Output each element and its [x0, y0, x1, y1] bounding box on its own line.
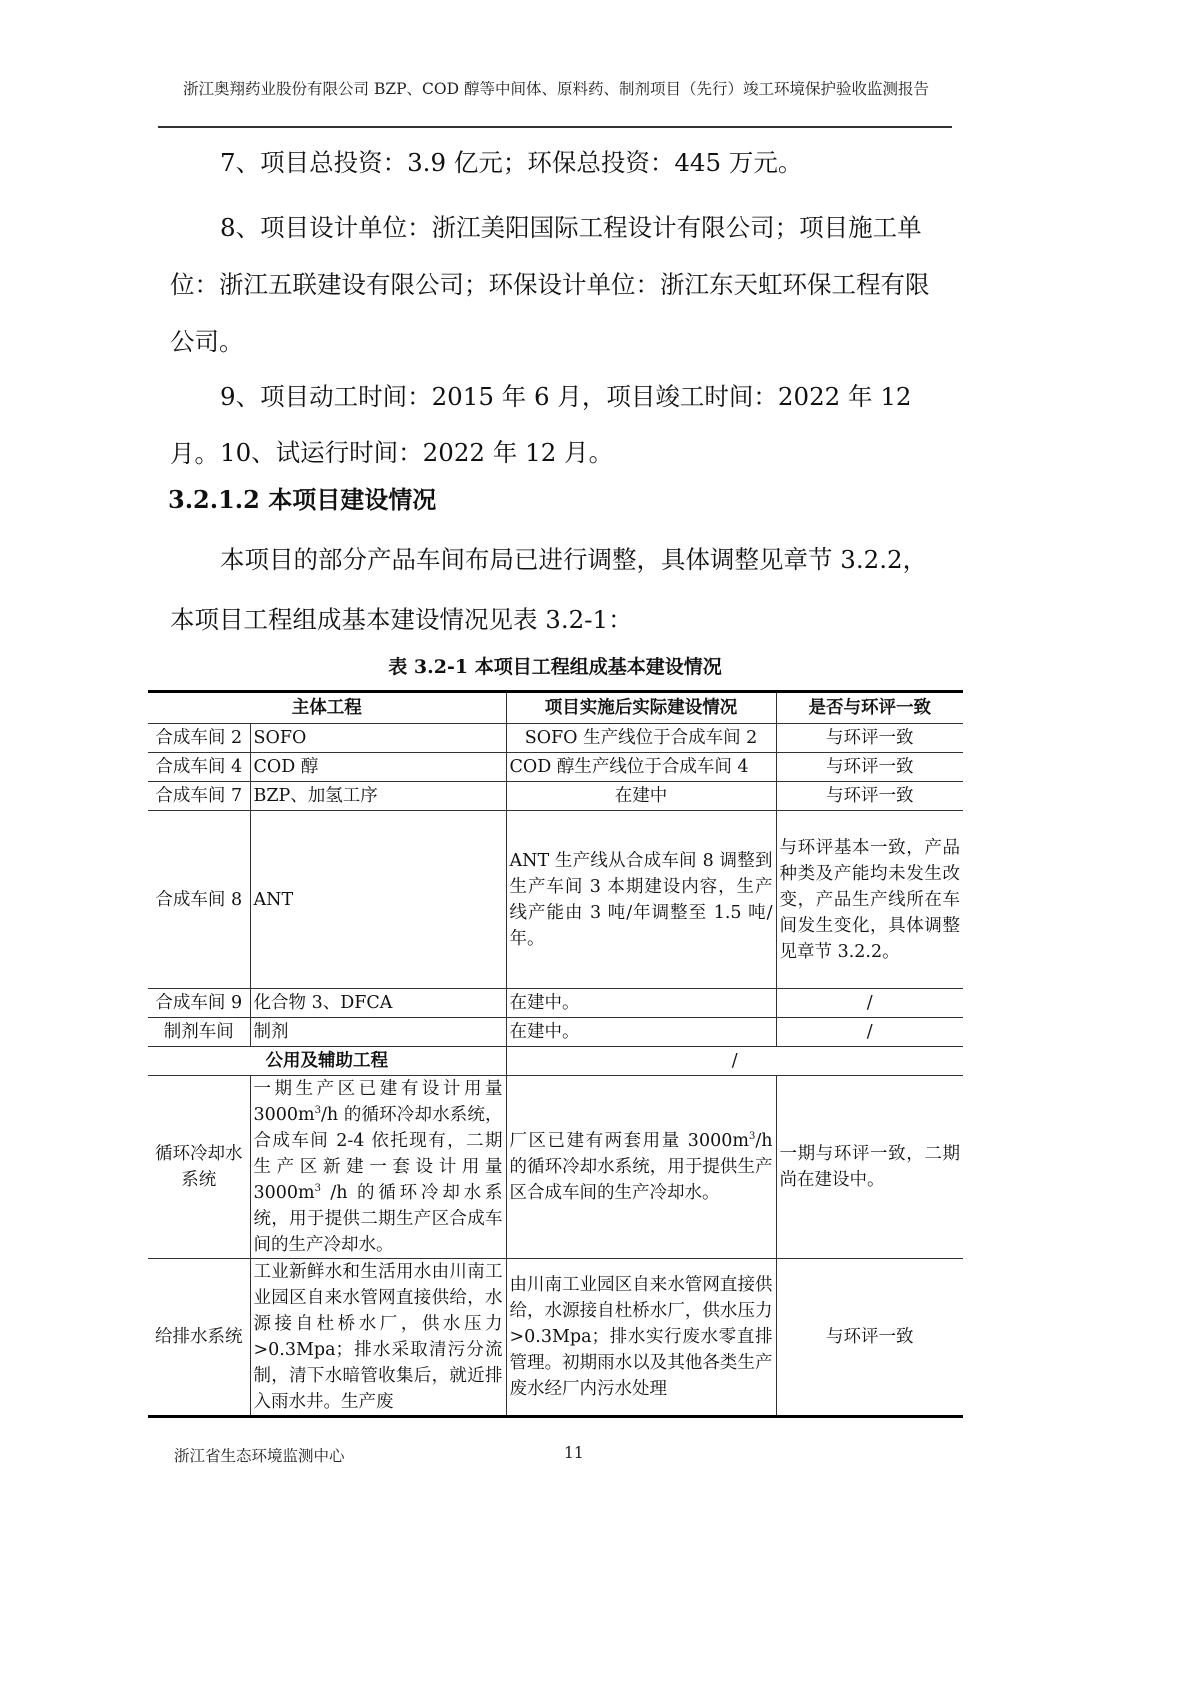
consistency-cell: /	[776, 1018, 963, 1047]
product-cell: 制剂	[250, 1018, 506, 1047]
workshop-cell: 合成车间 8	[148, 811, 250, 989]
header-actual-status: 项目实施后实际建设情况	[506, 692, 776, 724]
actual-cell: 在建中	[506, 782, 776, 811]
item-8-units: 8、项目设计单位：浙江美阳国际工程设计有限公司；项目施工单位：浙江五联建设有限公…	[170, 199, 950, 370]
consistency-cell: 与环评基本一致，产品种类及产能均未发生改变，产品生产线所在车间发生变化，具体调整…	[776, 811, 963, 989]
intro-paragraph: 本项目的部分产品车间布局已进行调整，具体调整见章节 3.2.2，本项目工程组成基…	[170, 530, 950, 650]
workshop-cell: 合成车间 4	[148, 753, 250, 782]
workshop-cell: 合成车间 2	[148, 724, 250, 753]
table-row: 循环冷却水系统 一期生产区已建有设计用量3000m3/h 的循环冷却水系统，合成…	[148, 1076, 963, 1259]
header-main-project: 主体工程	[148, 692, 506, 724]
actual-cell: COD 醇生产线位于合成车间 4	[506, 753, 776, 782]
actual-cell: 在建中。	[506, 1018, 776, 1047]
actual-cell: 由川南工业园区自来水管网直接供给，水源接自杜桥水厂，供水压力>0.3Mpa；排水…	[506, 1259, 776, 1417]
product-cell: SOFO	[250, 724, 506, 753]
workshop-cell: 制剂车间	[148, 1018, 250, 1047]
construction-table: 主体工程 项目实施后实际建设情况 是否与环评一致 合成车间 2 SOFO SOF…	[148, 690, 963, 1418]
header-divider	[158, 126, 952, 128]
table-row: 合成车间 7 BZP、加氢工序 在建中 与环评一致	[148, 782, 963, 811]
consistency-cell: 与环评一致	[776, 1259, 963, 1417]
header-consistency: 是否与环评一致	[776, 692, 963, 724]
aux-section-value: /	[506, 1047, 963, 1076]
consistency-cell: 与环评一致	[776, 782, 963, 811]
table-row: 制剂车间 制剂 在建中。 /	[148, 1018, 963, 1047]
system-cell: 给排水系统	[148, 1259, 250, 1417]
workshop-cell: 合成车间 9	[148, 989, 250, 1018]
consistency-cell: /	[776, 989, 963, 1018]
actual-cell: 在建中。	[506, 989, 776, 1018]
actual-cell: 厂区已建有两套用量 3000m3/h 的循环冷却水系统，用于提供生产区合成车间的…	[506, 1076, 776, 1259]
consistency-cell: 与环评一致	[776, 724, 963, 753]
table-header-row: 主体工程 项目实施后实际建设情况 是否与环评一致	[148, 692, 963, 724]
design-cell: 工业新鲜水和生活用水由川南工业园区自来水管网直接供给，水源接自杜桥水厂，供水压力…	[250, 1259, 506, 1417]
page-header: 浙江奥翔药业股份有限公司 BZP、COD 醇等中间体、原料药、制剂项目（先行）竣…	[160, 78, 952, 100]
item-10-trial-run: 10、试运行时间：2022 年 12 月。	[170, 424, 950, 481]
table-row: 合成车间 8 ANT ANT 生产线从合成车间 8 调整到生产车间 3 本期建设…	[148, 811, 963, 989]
product-cell: BZP、加氢工序	[250, 782, 506, 811]
aux-section-label: 公用及辅助工程	[148, 1047, 506, 1076]
workshop-cell: 合成车间 7	[148, 782, 250, 811]
footer-organization: 浙江省生态环境监测中心	[174, 1444, 345, 1466]
product-cell: ANT	[250, 811, 506, 989]
table-caption: 表 3.2-1 本项目工程组成基本建设情况	[148, 652, 962, 679]
design-cell: 一期生产区已建有设计用量3000m3/h 的循环冷却水系统，合成车间 2-4 依…	[250, 1076, 506, 1259]
system-cell: 循环冷却水系统	[148, 1076, 250, 1259]
actual-cell: ANT 生产线从合成车间 8 调整到生产车间 3 本期建设内容，生产线产能由 3…	[506, 811, 776, 989]
aux-section-row: 公用及辅助工程 /	[148, 1047, 963, 1076]
product-cell: COD 醇	[250, 753, 506, 782]
table-row: 合成车间 9 化合物 3、DFCA 在建中。 /	[148, 989, 963, 1018]
actual-cell: SOFO 生产线位于合成车间 2	[506, 724, 776, 753]
page-number: 11	[564, 1444, 584, 1462]
section-heading: 3.2.1.2 本项目建设情况	[168, 480, 436, 515]
product-cell: 化合物 3、DFCA	[250, 989, 506, 1018]
consistency-cell: 一期与环评一致，二期尚在建设中。	[776, 1076, 963, 1259]
item-7-investment: 7、项目总投资：3.9 亿元；环保总投资：445 万元。	[170, 134, 950, 191]
table-row: 合成车间 2 SOFO SOFO 生产线位于合成车间 2 与环评一致	[148, 724, 963, 753]
table-row: 给排水系统 工业新鲜水和生活用水由川南工业园区自来水管网直接供给，水源接自杜桥水…	[148, 1259, 963, 1417]
consistency-cell: 与环评一致	[776, 753, 963, 782]
table-row: 合成车间 4 COD 醇 COD 醇生产线位于合成车间 4 与环评一致	[148, 753, 963, 782]
